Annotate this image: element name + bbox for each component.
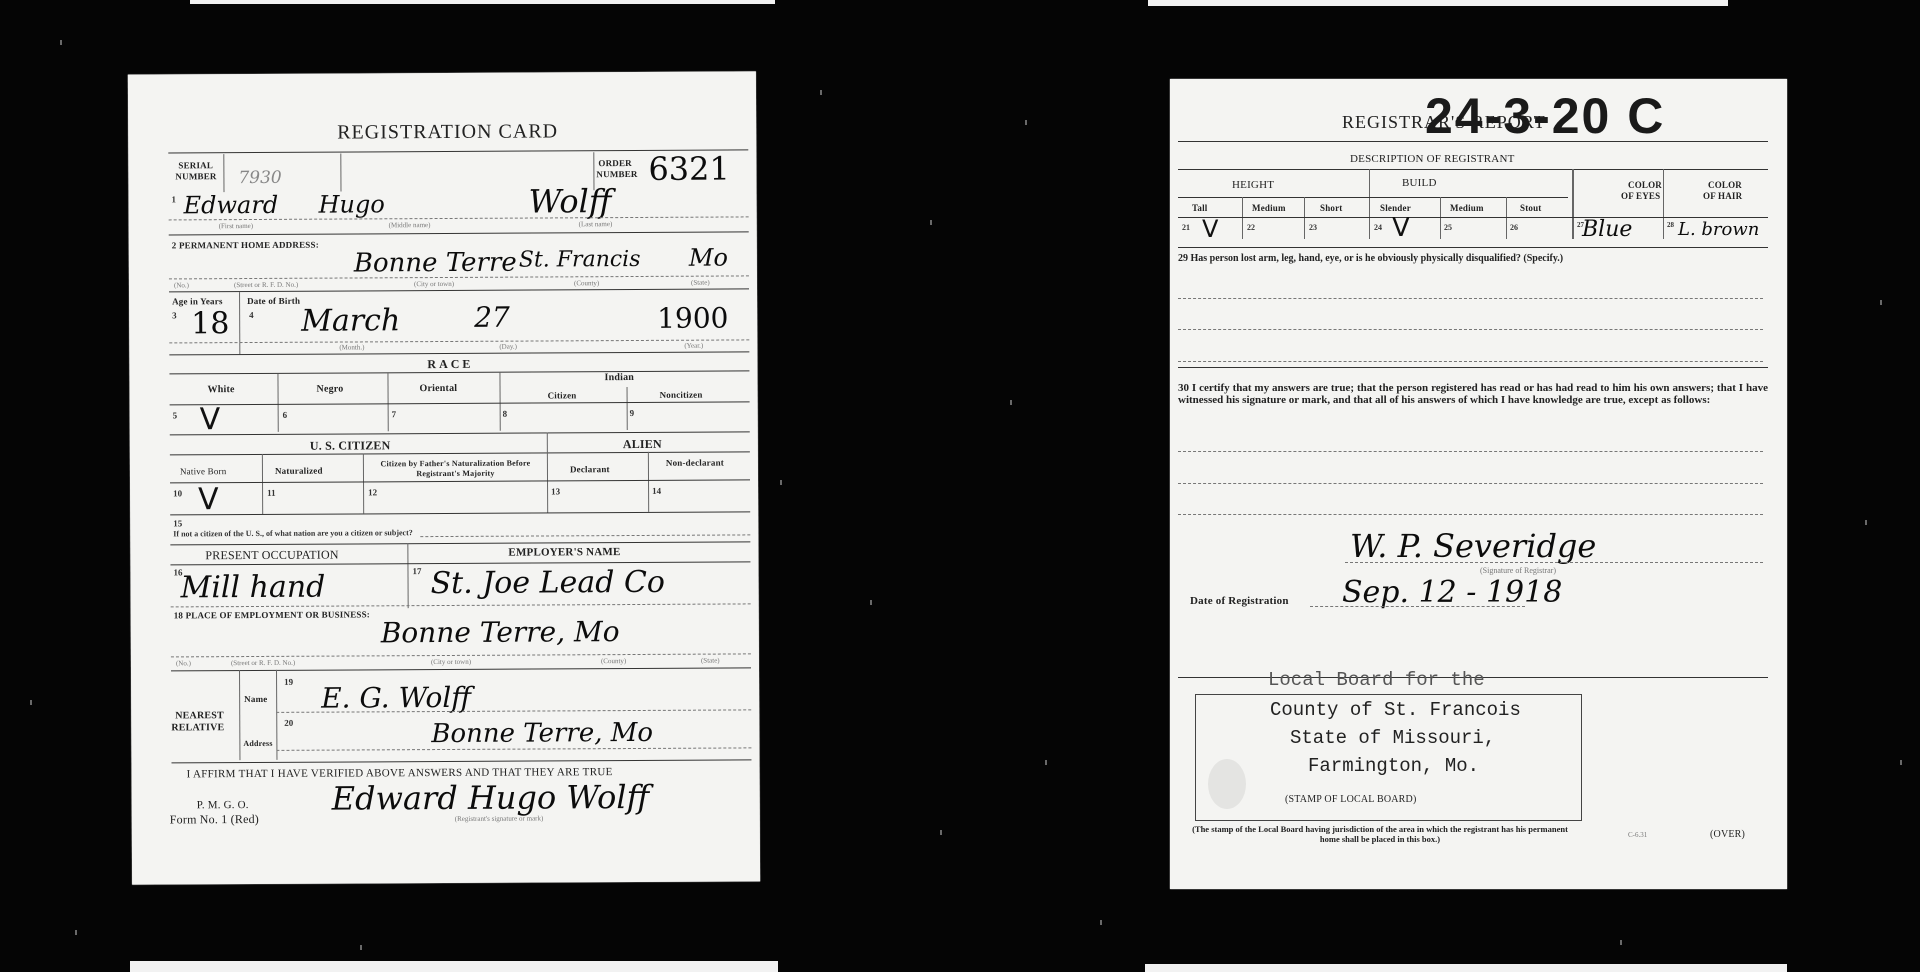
order-label-2: NUMBER (596, 169, 637, 179)
nearest-relative-label: NEAREST (175, 710, 224, 721)
stamp-line-2: County of St. Francois (1270, 699, 1521, 721)
adjacent-card-edge-bottom-right (1145, 964, 1787, 972)
card-title: REGISTRATION CARD (337, 120, 558, 144)
employment-place-label: 18 PLACE OF EMPLOYMENT OR BUSINESS: (174, 609, 370, 620)
form-code: C-6.31 (1628, 831, 1647, 839)
form-id-line-1: P. M. G. O. (197, 799, 249, 811)
employer-heading: EMPLOYER'S NAME (508, 546, 620, 559)
home-county: St. Francis (519, 247, 641, 273)
home-city: Bonne Terre (354, 248, 517, 279)
serial-label: SERIAL (178, 160, 213, 170)
registrar-signature: W. P. Severidge (1350, 527, 1596, 565)
description-heading: DESCRIPTION OF REGISTRANT (1350, 153, 1515, 165)
registration-card-back: REGISTRAR'S REPORT 24-3-20 C DESCRIPTION… (1170, 79, 1787, 889)
stamp-line-4: Farmington, Mo. (1308, 755, 1479, 777)
order-label: ORDER (598, 158, 632, 168)
question-30-certification: 30 I certify that my answers are true; t… (1178, 382, 1768, 406)
date-of-registration: Sep. 12 - 1918 (1342, 575, 1562, 610)
stamp-note: (The stamp of the Local Board having jur… (1190, 824, 1570, 844)
serial-number-value: 7930 (238, 168, 281, 188)
stamp-line-3: State of Missouri, (1290, 727, 1495, 749)
question-29: 29 Has person lost arm, leg, hand, eye, … (1178, 253, 1768, 265)
date-of-registration-label: Date of Registration (1190, 595, 1289, 607)
dob-month: March (301, 303, 400, 339)
home-address-label: 2 PERMANENT HOME ADDRESS: (172, 240, 319, 251)
build-slender-check: V (1392, 213, 1410, 243)
adjacent-card-edge-bottom-left (130, 961, 778, 972)
registration-card-front: REGISTRATION CARD SERIAL NUMBER 7930 ORD… (128, 71, 760, 884)
native-born-check: V (198, 482, 219, 517)
eye-color: Blue (1582, 217, 1632, 242)
age-label: Age in Years (172, 296, 223, 306)
age-value: 18 (191, 306, 229, 341)
first-name: Edward (183, 191, 278, 219)
form-id-line-2: Form No. 1 (Red) (170, 812, 259, 827)
hair-color: L. brown (1678, 219, 1759, 240)
registrant-signature: Edward Hugo Wolff (332, 778, 650, 818)
adjacent-card-edge-top-left (190, 0, 775, 4)
race-white-check: V (200, 402, 221, 437)
home-state: Mo (689, 244, 728, 272)
stamp-line-1: Local Board for the (1268, 669, 1485, 691)
over-label: (OVER) (1710, 829, 1745, 840)
race-heading: RACE (427, 357, 473, 372)
employer-value: St. Joe Lead Co (430, 565, 665, 601)
serial-label-2: NUMBER (175, 171, 216, 181)
height-tall-check: V (1202, 215, 1218, 243)
nationality-question: If not a citizen of the U. S., of what n… (173, 528, 413, 538)
relative-address: Bonne Terre, Mo (431, 718, 653, 749)
dob-label: Date of Birth (247, 296, 300, 306)
stamped-number: 24-3-20 C (1425, 87, 1665, 145)
faint-seal-icon (1208, 759, 1246, 809)
relative-name: E. G. Wolff (321, 681, 471, 715)
order-number-value: 6321 (648, 149, 730, 187)
adjacent-card-edge-top-right (1148, 0, 1728, 6)
alien-heading: ALIEN (623, 437, 662, 452)
us-citizen-heading: U. S. CITIZEN (310, 438, 391, 453)
employment-place: Bonne Terre, Mo (381, 615, 620, 649)
dob-year: 1900 (657, 302, 728, 335)
middle-name: Hugo (318, 190, 384, 218)
last-name: Wolff (528, 182, 611, 220)
occupation-heading: PRESENT OCCUPATION (205, 548, 338, 564)
dob-day: 27 (474, 301, 510, 334)
stamp-caption: (STAMP OF LOCAL BOARD) (1285, 794, 1416, 805)
occupation-value: Mill hand (180, 570, 325, 606)
